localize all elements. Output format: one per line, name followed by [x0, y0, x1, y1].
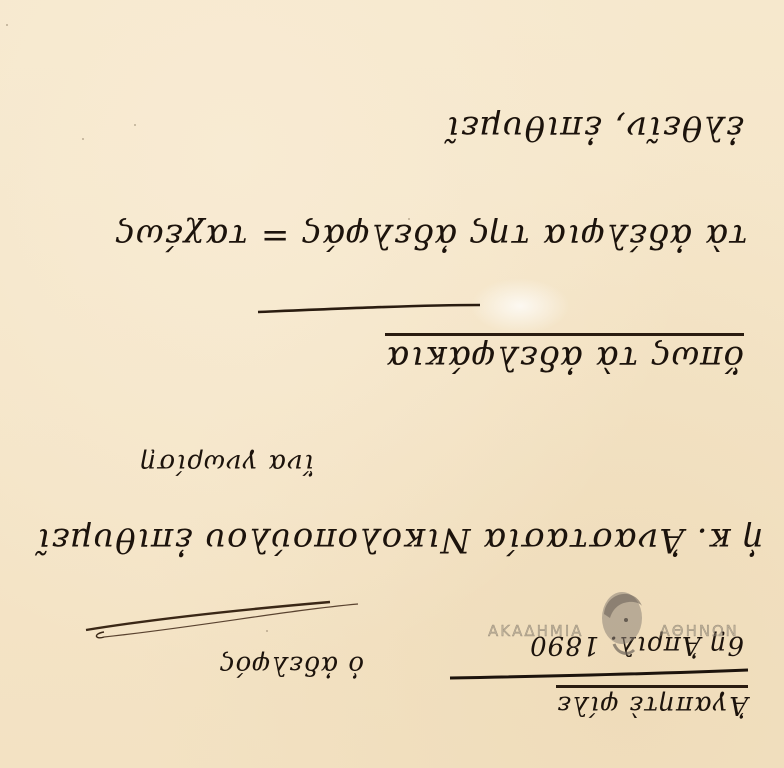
academy-watermark: ΑΚΑΔΗΜΙΑ ΑΘΗΝΩΝ [488, 602, 739, 660]
watermark-left-text: ΑΚΑΔΗΜΙΑ [488, 622, 584, 640]
athena-helmet-icon [594, 584, 650, 660]
watermark-right-text: ΑΘΗΝΩΝ [660, 622, 739, 640]
scanned-letter-page: Ἀγαπητὲ φίλε 6ῃ Ἀπριλ. 1890 ὁ ἀδελφός ἡ … [0, 0, 784, 768]
